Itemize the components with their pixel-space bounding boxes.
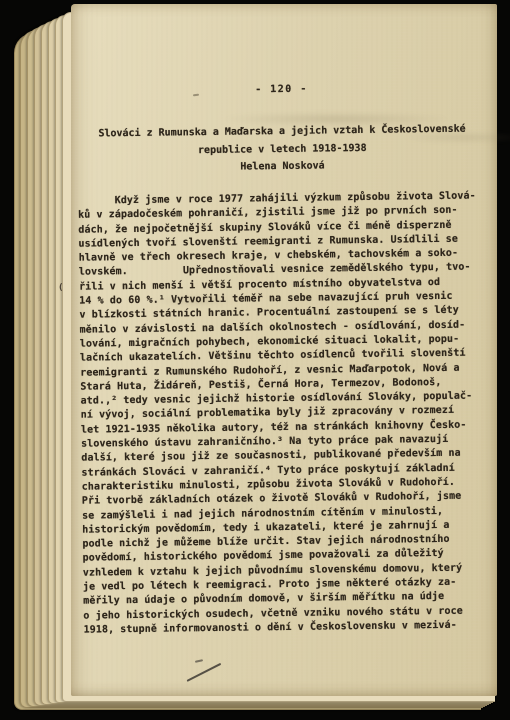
page-number: - 120 - — [68, 81, 494, 98]
document-page: - 120 - Slováci z Rumunska a Maďarska a … — [71, 4, 497, 696]
edge-mark: ( — [58, 283, 63, 293]
body-text: Když jsme v roce 1977 zahájili výzkum zp… — [78, 189, 496, 638]
article-title: Slováci z Rumunska a Maďarska a jejich v… — [77, 120, 487, 161]
scanned-document-page: ( - 120 - Slováci z Rumunska a Maďarska … — [0, 0, 510, 720]
typewritten-content: - 120 - Slováci z Rumunska a Maďarska a … — [67, 1, 502, 699]
